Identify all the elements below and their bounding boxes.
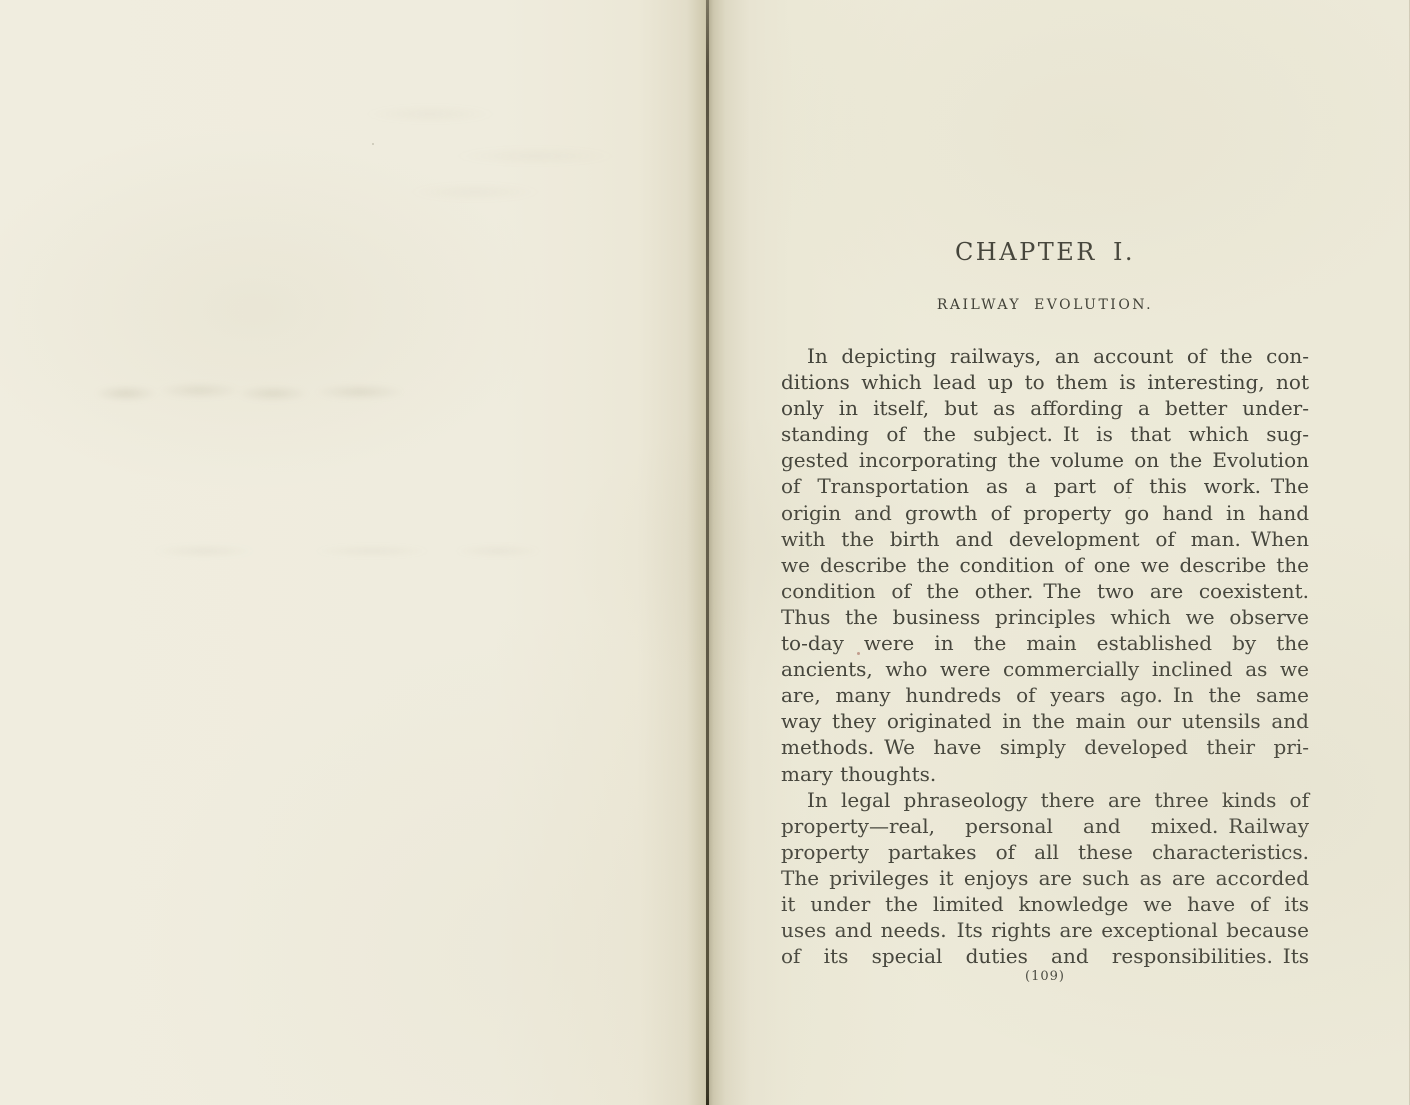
book-scan: CHAPTER I. RAILWAY EVOLUTION. In depicti…: [0, 0, 1410, 1105]
text-line: Thus the business principles which we ob…: [781, 604, 1309, 630]
text-line: of Transportation as a part of this work…: [781, 473, 1309, 499]
text-line: to-day were in the main established by t…: [781, 630, 1309, 656]
text-line: In depicting railways, an account of the…: [781, 343, 1309, 369]
text-line: way they originated in the main our uten…: [781, 708, 1309, 734]
text-line: condition of the other. The two are coex…: [781, 578, 1309, 604]
show-through-smudge: [120, 540, 540, 562]
text-line: ditions which lead up to them is interes…: [781, 369, 1309, 395]
section-heading: RAILWAY EVOLUTION.: [781, 297, 1309, 313]
text-line: mary thoughts.: [781, 761, 1309, 787]
text-line: it under the limited knowledge we have o…: [781, 891, 1309, 917]
text-line: property—real, personal and mixed. Railw…: [781, 813, 1309, 839]
text-line: with the birth and development of man. W…: [781, 526, 1309, 552]
text-line: property partakes of all these character…: [781, 839, 1309, 865]
page-number: (109): [781, 969, 1309, 984]
left-page: [0, 0, 708, 1105]
text-line: standing of the subject. It is that whic…: [781, 421, 1309, 447]
text-line: In legal phraseology there are three kin…: [781, 787, 1309, 813]
text-line: uses and needs. Its rights are exception…: [781, 917, 1309, 943]
text-line: only in itself, but as affording a bette…: [781, 395, 1309, 421]
page-fold: [706, 0, 709, 1105]
text-line: are, many hundreds of years ago. In the …: [781, 682, 1309, 708]
text-line: gested incorporating the volume on the E…: [781, 447, 1309, 473]
show-through-smudge: [340, 90, 640, 210]
text-line: origin and growth of property go hand in…: [781, 500, 1309, 526]
text-line: The privileges it enjoys are such as are…: [781, 865, 1309, 891]
show-through-smudge: [86, 378, 420, 406]
text-line: of its special duties and responsibiliti…: [781, 943, 1309, 969]
text-line: ancients, who were commercially inclined…: [781, 656, 1309, 682]
text-line: we describe the condition of one we desc…: [781, 552, 1309, 578]
body-lines: In depicting railways, an account of the…: [781, 343, 1309, 969]
chapter-heading: CHAPTER I.: [781, 238, 1309, 266]
text-line: methods. We have simply developed their …: [781, 734, 1309, 760]
text-column: CHAPTER I. RAILWAY EVOLUTION. In depicti…: [781, 0, 1309, 984]
right-page: CHAPTER I. RAILWAY EVOLUTION. In depicti…: [708, 0, 1409, 1105]
